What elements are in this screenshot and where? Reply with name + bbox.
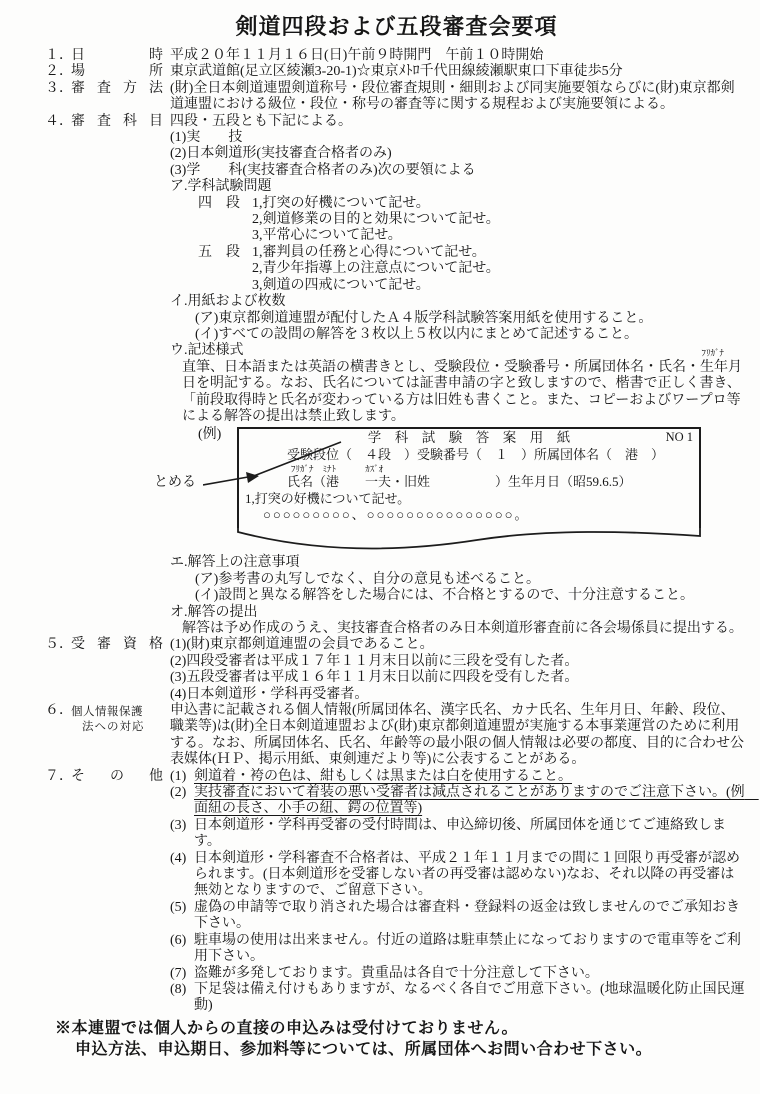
item-number: (2) (170, 785, 194, 801)
subject-item: (3)学 科(実技審査合格者のみ)次の要領による (170, 163, 748, 179)
answer-notes-heading: エ.解答上の注意事項 (170, 555, 748, 571)
section-6-title-line1: 個人情報保護 (71, 706, 143, 718)
torn-edge-wave (237, 528, 701, 552)
section-3-title: 審査方法 (71, 81, 163, 97)
sheet-number: NO 1 (666, 429, 693, 446)
item-text: 下足袋は備え付けもありますが、なるべく各自でご用意下さい。(地球温暖化防止国民運… (194, 982, 745, 1013)
paper-heading: イ.用紙および枚数 (170, 294, 748, 310)
section-3-method: ３．審査方法 (財)全日本剣道連盟剣道称号・段位審査規則・細則および同実施要領な… (45, 81, 748, 114)
exam-line: 四 段 1,打突の好機について記せ。 (198, 196, 748, 212)
item-number: (6) (170, 933, 194, 949)
item-text: 駐車場の使用は出来ません。付近の道路は駐車禁止になっておりますので電車等をご利用… (194, 933, 741, 964)
exam-questions-heading: ア.学科試験問題 (170, 179, 748, 195)
sheet-answer-circles: ○○○○○○○○○、○○○○○○○○○○○○○○○。 (263, 507, 699, 524)
section-6-number: ６． (45, 703, 71, 719)
section-1-body: 平成２０年１１月１６日(日)午前９時開門 午前１０時開始 (170, 48, 748, 64)
other-item: (7)盗難が多発しております。貴重品は各自で十分注意して下さい。 (170, 966, 748, 982)
section-4-label: ４．審査科目 (45, 114, 170, 130)
other-item: (4)日本剣道形・学科審査不合格者は、平成２１年１１月までの間に１回限り再受審が… (170, 851, 748, 900)
section-4-body: 四段・五段とも下記による。 (1)実 技 (2)日本剣道形(実技審査合格者のみ)… (170, 114, 748, 638)
section-5-body: (1)(財)東京都剣道連盟の会員であること。 (2)四段受審者は平成１７年１１月… (170, 637, 748, 703)
exam-question: 2,剣道修業の目的と効果について記せ。 (252, 212, 500, 228)
section-6-title-line2: 法への対応 (71, 721, 145, 733)
item-number: (5) (170, 900, 194, 916)
exam-line: 3,剣道の四戒について記せ。 (198, 278, 748, 294)
eligibility-item: (4)日本剣道形・学科再受審者。 (170, 687, 748, 703)
other-item: (6)駐車場の使用は出来ません。付近の道路は駐車禁止になっておりますので電車等を… (170, 933, 748, 966)
doc-title: 剣道四段および五段審査会要項 (45, 14, 748, 40)
section-5-eligibility: ５．受審資格 (1)(財)東京都剣道連盟の会員であること。 (2)四段受審者は平… (45, 637, 748, 703)
item-text: 虚偽の申請等で取り消された場合は審査料・登録料の返金は致しませんのでご承知おき下… (194, 900, 740, 931)
section-2-label: ２．場所 (45, 64, 170, 80)
footer-line-1: ※本連盟では個人からの直接の申込みは受付けておりません。 (55, 1018, 748, 1039)
item-number: (4) (170, 851, 194, 867)
exam-line: 2,剣道修業の目的と効果について記せ。 (198, 212, 748, 228)
item-number: (7) (170, 966, 194, 982)
exam-question: 1,審判員の任務と心得について記せ。 (252, 245, 486, 261)
staple-mark-icon (243, 437, 347, 481)
section-1-number: １． (45, 48, 71, 64)
item-number: (1) (170, 769, 194, 785)
section-1-title: 日時 (71, 48, 163, 64)
other-item: (1)剣道着・袴の色は、紺もしくは黒または白を使用すること。 (170, 769, 748, 785)
item-text: 実技審査において着装の悪い受審者は減点されることがありますのでご注意下さい。(例… (194, 785, 759, 816)
other-item: (3)日本剣道形・学科再受審の受付時間は、申込締切後、所属団体を通じてご連絡致し… (170, 818, 748, 851)
other-item: (2)実技審査において着装の悪い受審者は減点されることがありますのでご注意下さい… (170, 785, 748, 818)
section-1-label: １．日時 (45, 48, 170, 64)
section-7-title: その他 (71, 769, 163, 785)
section-7-number: ７． (45, 769, 71, 785)
exam-line: 2,青少年指導上の注意点について記せ。 (198, 261, 748, 277)
exam-question: 2,青少年指導上の注意点について記せ。 (252, 261, 500, 277)
section-2-venue: ２．場所 東京武道館(足立区綾瀬3-20-1)☆東京ﾒﾄﾛ千代田線綾瀬駅東口下車… (45, 64, 748, 80)
exam-question: 3,平常心について記せ。 (252, 228, 402, 244)
submission-text: 解答は予め作成のうえ、実技審査合格者のみ日本剣道形審査前に各会場係員に提出する。 (182, 621, 748, 637)
section-6-title: 個人情報保護法への対応 (71, 703, 145, 734)
exam-question: 1,打突の好機について記せ。 (252, 196, 430, 212)
grade-spacer (198, 278, 244, 294)
eligibility-item: (3)五段受審者は平成１６年１１月末日以前に四段を受有した者。 (170, 670, 748, 686)
section-7-body: (1)剣道着・袴の色は、紺もしくは黒または白を使用すること。 (2)実技審査にお… (170, 769, 748, 1015)
paper-item: (イ)すべての設問の解答を３枚以上５枚以内にまとめて記述すること。 (195, 327, 748, 343)
section-2-title: 場所 (71, 64, 163, 80)
document-page: 剣道四段および五段審査会要項 １．日時 平成２０年１１月１６日(日)午前９時開門… (0, 0, 760, 1060)
submission-heading: オ.解答の提出 (170, 605, 748, 621)
eligibility-item: (1)(財)東京都剣道連盟の会員であること。 (170, 637, 748, 653)
section-7-label: ７．その他 (45, 769, 170, 785)
item-number: (8) (170, 982, 194, 998)
section-5-number: ５． (45, 637, 71, 653)
section-3-number: ３． (45, 81, 71, 97)
example-label: (例) (198, 427, 221, 443)
section-6-privacy: ６．個人情報保護法への対応 申込書に記載される個人情報(所属団体名、漢字氏名、カ… (45, 703, 748, 769)
item-text: 剣道着・袴の色は、紺もしくは黒または白を使用すること。 (194, 769, 572, 784)
subjects-intro: 四段・五段とも下記による。 (170, 114, 748, 130)
sheet-question-line: 1,打突の好機について記せ。 (245, 491, 699, 508)
section-6-body: 申込書に記載される個人情報(所属団体名、漢字氏名、カナ氏名、生年月日、年齢、段位… (170, 703, 748, 769)
format-paragraph: ﾌﾘｶﾞﾅ 直筆、日本語または英語の横書きとし、受験段位・受験番号・所属団体名・… (182, 360, 748, 426)
item-text: 日本剣道形・学科再受審の受付時間は、申込締切後、所属団体を通じてご連絡致します。 (194, 818, 726, 849)
grade-spacer (198, 212, 244, 228)
example-figure: (例) とめる NO 1 学 科 試 験 答 案 用 紙 受験段位（ ４段 ）受… (170, 427, 748, 553)
section-4-subjects: ４．審査科目 四段・五段とも下記による。 (1)実 技 (2)日本剣道形(実技審… (45, 114, 748, 638)
other-item: (8)下足袋は備え付けもありますが、なるべく各自でご用意下さい。(地球温暖化防止… (170, 982, 748, 1015)
section-4-number: ４． (45, 114, 71, 130)
subject-item: (2)日本剣道形(実技審査合格者のみ) (170, 146, 748, 162)
sheet-name-line: 氏名（港 一夫・旧姓 ）生年月日（昭59.6.5） (287, 474, 699, 491)
section-2-number: ２． (45, 64, 71, 80)
section-2-body: 東京武道館(足立区綾瀬3-20-1)☆東京ﾒﾄﾛ千代田線綾瀬駅東口下車徒歩5分 (170, 64, 748, 80)
other-item: (5)虚偽の申請等で取り消された場合は審査料・登録料の返金は致しませんのでご承知… (170, 900, 748, 933)
sheet-furigana: ﾌﾘｶﾞﾅ ﾐﾅﾄ ｶｽﾞｵ (291, 464, 699, 474)
item-number: (3) (170, 818, 194, 834)
answer-sheet-box: NO 1 学 科 試 験 答 案 用 紙 受験段位（ ４段 ）受験番号（ １ ）… (237, 427, 701, 528)
format-text: 直筆、日本語または英語の横書きとし、受験段位・受験番号・所属団体名・氏名・生年月… (182, 360, 742, 424)
grade-godan: 五 段 (198, 245, 244, 261)
section-1-datetime: １．日時 平成２０年１１月１６日(日)午前９時開門 午前１０時開始 (45, 48, 748, 64)
section-7-other: ７．その他 (1)剣道着・袴の色は、紺もしくは黒または白を使用すること。 (2)… (45, 769, 748, 1015)
section-6-label: ６．個人情報保護法への対応 (45, 703, 170, 735)
staple-callout-label: とめる (154, 475, 196, 491)
sheet-rank-line: 受験段位（ ４段 ）受験番号（ １ ）所属団体名（ 港 ） (287, 447, 699, 464)
grade-yondan: 四 段 (198, 196, 244, 212)
section-3-body: (財)全日本剣道連盟剣道称号・段位審査規則・細則および同実施要領ならびに(財)東… (170, 81, 748, 114)
section-5-label: ５．受審資格 (45, 637, 170, 653)
item-text: 盗難が多発しております。貴重品は各自で十分注意して下さい。 (194, 966, 599, 981)
eligibility-item: (2)四段受審者は平成１７年１１月末日以前に三段を受有した者。 (170, 654, 748, 670)
paper-item: (ア)東京都剣道連盟が配付したＡ４版学科試験答案用紙を使用すること。 (195, 311, 748, 327)
footer-line-2: 申込方法、申込期日、参加料等については、所属団体へお問い合わせ下さい。 (75, 1039, 748, 1060)
item-text: 日本剣道形・学科審査不合格者は、平成２１年１１月までの間に１回限り再受審が認めら… (194, 851, 740, 899)
grade-spacer (198, 228, 244, 244)
section-5-title: 受審資格 (71, 637, 163, 653)
subject-item: (1)実 技 (170, 130, 748, 146)
exam-question: 3,剣道の四戒について記せ。 (252, 278, 430, 294)
exam-line: 五 段 1,審判員の任務と心得について記せ。 (198, 245, 748, 261)
answer-note-item: (ア)参考書の丸写しでなく、自分の意見も述べること。 (195, 572, 748, 588)
answer-note-item: (イ)設問と異なる解答をした場合には、不合格とするので、十分注意すること。 (195, 588, 748, 604)
section-4-title: 審査科目 (71, 114, 163, 130)
footer-note: ※本連盟では個人からの直接の申込みは受付けておりません。 申込方法、申込期日、参… (45, 1018, 748, 1060)
section-3-label: ３．審査方法 (45, 81, 170, 97)
exam-line: 3,平常心について記せ。 (198, 228, 748, 244)
furigana-note: ﾌﾘｶﾞﾅ (701, 349, 724, 358)
format-heading: ウ.記述様式 (170, 343, 748, 359)
grade-spacer (198, 261, 244, 277)
